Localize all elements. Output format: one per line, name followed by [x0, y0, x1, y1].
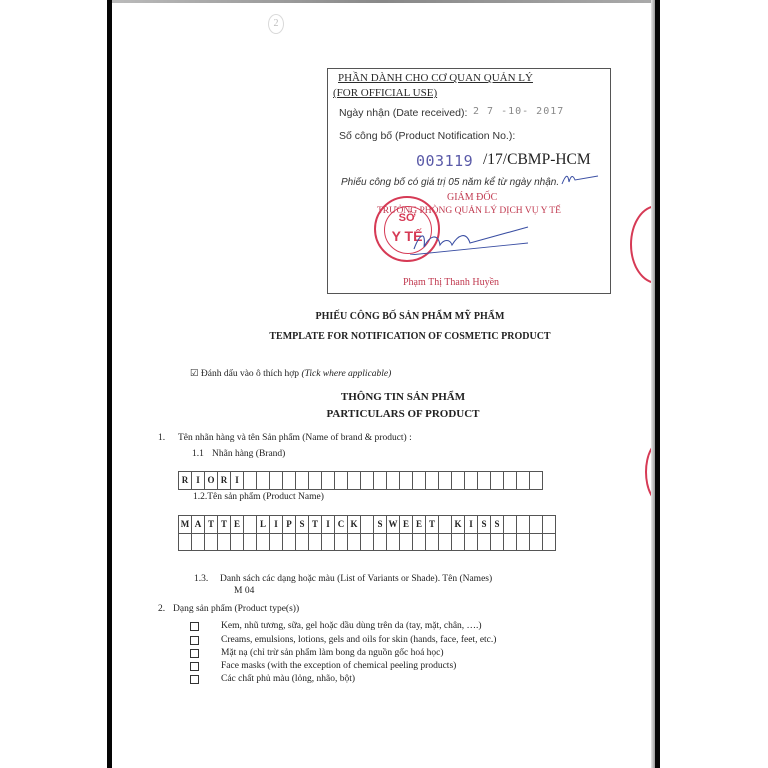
initials-mark-icon	[560, 172, 600, 186]
product-name-label: 1.2.Tên sản phẩm (Product Name)	[193, 492, 324, 502]
letter-cell[interactable]	[361, 533, 374, 551]
letter-cell[interactable]: A	[192, 515, 205, 534]
letter-cell[interactable]: E	[400, 515, 413, 534]
letter-cell[interactable]	[270, 533, 283, 551]
product-type-option[interactable]: Creams, emulsions, lotions, gels and oil…	[190, 635, 496, 645]
checked-box-icon: ☑	[190, 369, 199, 379]
letter-cell[interactable]	[478, 533, 491, 551]
section2-label: Dạng sản phẩm (Product type(s))	[173, 604, 299, 614]
brand-letter-grid[interactable]: RIORI	[178, 471, 543, 490]
tick-instruction-en: (Tick where applicable)	[301, 369, 391, 379]
letter-cell[interactable]	[504, 515, 517, 534]
letter-cell[interactable]	[400, 533, 413, 551]
product-name-grid-row1[interactable]: MATTELIPSTICKSWEETKISS	[178, 515, 556, 534]
letter-cell[interactable]	[218, 533, 231, 551]
validity-note: Phiếu công bố có giá trị 05 năm kể từ ng…	[341, 177, 559, 188]
letter-cell[interactable]	[413, 533, 426, 551]
letter-cell[interactable]	[205, 533, 218, 551]
signer-name: Phạm Thị Thanh Huyền	[403, 277, 499, 288]
signature-icon	[410, 225, 530, 255]
variants-value: M 04	[234, 586, 254, 596]
letter-cell[interactable]	[491, 471, 504, 490]
product-type-option[interactable]: Mặt nạ (chỉ trừ sản phẩm làm bong da ngu…	[190, 648, 444, 658]
brand-number: 1.1	[192, 449, 204, 459]
letter-cell[interactable]: O	[205, 471, 218, 490]
letter-cell[interactable]: K	[452, 515, 465, 534]
letter-cell[interactable]: E	[231, 515, 244, 534]
letter-cell[interactable]: S	[296, 515, 309, 534]
letter-cell[interactable]: T	[205, 515, 218, 534]
section1-number: 1.	[158, 433, 165, 443]
seal-text-line1: SỞ	[376, 212, 438, 224]
letter-cell[interactable]	[335, 533, 348, 551]
brand-label: Nhãn hàng (Brand)	[212, 449, 285, 459]
section2-number: 2.	[158, 604, 165, 614]
letter-cell[interactable]: T	[309, 515, 322, 534]
letter-cell[interactable]: T	[218, 515, 231, 534]
director-title: GIÁM ĐỐC	[447, 192, 497, 203]
letter-cell[interactable]: W	[387, 515, 400, 534]
letter-cell[interactable]	[491, 533, 504, 551]
letter-cell[interactable]	[504, 533, 517, 551]
date-received-value: 2 7 -10- 2017	[473, 106, 564, 117]
section1-label: Tên nhãn hàng và tên Sản phẩm (Name of b…	[178, 433, 412, 443]
letter-cell[interactable]	[374, 471, 387, 490]
letter-cell[interactable]	[426, 533, 439, 551]
letter-cell[interactable]: S	[478, 515, 491, 534]
tick-instruction: ☑ Đánh dấu vào ô thích hợp (Tick where a…	[190, 368, 391, 379]
letter-cell[interactable]	[530, 471, 543, 490]
letter-cell[interactable]	[283, 471, 296, 490]
letter-cell[interactable]	[309, 471, 322, 490]
letter-cell[interactable]	[244, 515, 257, 534]
page-number-mark: 2	[268, 14, 284, 34]
letter-cell[interactable]: L	[257, 515, 270, 534]
letter-cell[interactable]: S	[374, 515, 387, 534]
letter-cell[interactable]: T	[426, 515, 439, 534]
letter-cell[interactable]	[400, 471, 413, 490]
checkbox-icon[interactable]	[190, 636, 199, 645]
letter-cell[interactable]	[322, 471, 335, 490]
document-title-en: TEMPLATE FOR NOTIFICATION OF COSMETIC PR…	[0, 331, 768, 342]
letter-cell[interactable]: R	[218, 471, 231, 490]
option-label: Mặt nạ (chỉ trừ sản phẩm làm bong da ngu…	[221, 648, 444, 658]
section-title-en: PARTICULARS OF PRODUCT	[0, 408, 768, 420]
scan-left-border	[107, 0, 112, 768]
checkbox-icon[interactable]	[190, 675, 199, 684]
letter-cell[interactable]: P	[283, 515, 296, 534]
scan-outer-margin	[655, 0, 768, 768]
official-use-title-en: (FOR OFFICIAL USE)	[333, 87, 437, 99]
variants-number: 1.3.	[194, 574, 208, 584]
letter-cell[interactable]	[296, 471, 309, 490]
product-type-option[interactable]: Kem, nhũ tương, sữa, gel hoặc dầu dùng t…	[190, 621, 482, 631]
letter-cell[interactable]	[374, 533, 387, 551]
letter-cell[interactable]	[244, 471, 257, 490]
checkbox-icon[interactable]	[190, 649, 199, 658]
letter-cell[interactable]	[452, 533, 465, 551]
letter-cell[interactable]: E	[413, 515, 426, 534]
notification-number-suffix: /17/CBMP-HCM	[483, 151, 591, 169]
letter-cell[interactable]: I	[465, 515, 478, 534]
checkbox-icon[interactable]	[190, 662, 199, 671]
letter-cell[interactable]	[361, 515, 374, 534]
letter-cell[interactable]	[348, 471, 361, 490]
letter-cell[interactable]	[257, 533, 270, 551]
letter-cell[interactable]	[478, 471, 491, 490]
checkbox-icon[interactable]	[190, 622, 199, 631]
letter-cell[interactable]	[361, 471, 374, 490]
letter-cell[interactable]	[426, 471, 439, 490]
letter-cell[interactable]	[439, 471, 452, 490]
letter-cell[interactable]: K	[348, 515, 361, 534]
letter-cell[interactable]	[270, 471, 283, 490]
option-label: Kem, nhũ tương, sữa, gel hoặc dầu dùng t…	[221, 621, 482, 631]
letter-cell[interactable]	[192, 533, 205, 551]
letter-cell[interactable]: I	[322, 515, 335, 534]
notification-number-stamp: 003119	[416, 152, 473, 170]
letter-cell[interactable]: S	[491, 515, 504, 534]
section-title-vi: THÔNG TIN SẢN PHẨM	[0, 391, 768, 403]
letter-cell[interactable]	[387, 533, 400, 551]
letter-cell[interactable]	[296, 533, 309, 551]
letter-cell[interactable]: I	[192, 471, 205, 490]
letter-cell[interactable]	[439, 515, 452, 534]
notification-number-label: Số công bố (Product Notification No.):	[339, 130, 515, 142]
letter-cell[interactable]	[530, 533, 543, 551]
letter-cell[interactable]: R	[179, 471, 192, 490]
letter-cell[interactable]	[543, 515, 556, 534]
product-type-option[interactable]: Face masks (with the exception of chemic…	[190, 661, 456, 671]
option-label: Creams, emulsions, lotions, gels and oil…	[221, 635, 496, 645]
letter-cell[interactable]	[283, 533, 296, 551]
letter-cell[interactable]	[387, 471, 400, 490]
letter-cell[interactable]	[517, 471, 530, 490]
letter-cell[interactable]	[543, 533, 556, 551]
variants-label: Danh sách các dạng hoặc màu (List of Var…	[220, 574, 492, 584]
option-label: Các chất phủ màu (lỏng, nhão, bột)	[221, 674, 355, 684]
letter-cell[interactable]	[465, 471, 478, 490]
letter-cell[interactable]: C	[335, 515, 348, 534]
product-name-grid-row2[interactable]	[178, 533, 556, 551]
letter-cell[interactable]	[413, 471, 426, 490]
scan-top-shadow	[112, 0, 655, 3]
letter-cell[interactable]	[257, 471, 270, 490]
letter-cell[interactable]	[335, 471, 348, 490]
letter-cell[interactable]	[179, 533, 192, 551]
product-type-option[interactable]: Các chất phủ màu (lỏng, nhão, bột)	[190, 674, 355, 684]
letter-cell[interactable]	[452, 471, 465, 490]
letter-cell[interactable]: I	[231, 471, 244, 490]
letter-cell[interactable]: M	[179, 515, 192, 534]
letter-cell[interactable]	[517, 515, 530, 534]
official-use-title-vi: PHẦN DÀNH CHO CƠ QUAN QUẢN LÝ	[338, 72, 533, 84]
letter-cell[interactable]	[517, 533, 530, 551]
letter-cell[interactable]: I	[270, 515, 283, 534]
letter-cell[interactable]	[504, 471, 517, 490]
scan-right-border	[655, 0, 660, 768]
letter-cell[interactable]	[530, 515, 543, 534]
letter-cell[interactable]	[439, 533, 452, 551]
tick-instruction-vi: Đánh dấu vào ô thích hợp	[201, 369, 299, 379]
option-label: Face masks (with the exception of chemic…	[221, 661, 456, 671]
letter-cell[interactable]	[244, 533, 257, 551]
letter-cell[interactable]	[322, 533, 335, 551]
document-title-vi: PHIẾU CÔNG BỐ SẢN PHẨM MỸ PHẨM	[0, 311, 768, 322]
letter-cell[interactable]	[309, 533, 322, 551]
letter-cell[interactable]	[465, 533, 478, 551]
letter-cell[interactable]	[348, 533, 361, 551]
date-received-label: Ngày nhận (Date received):	[339, 107, 467, 119]
letter-cell[interactable]	[231, 533, 244, 551]
